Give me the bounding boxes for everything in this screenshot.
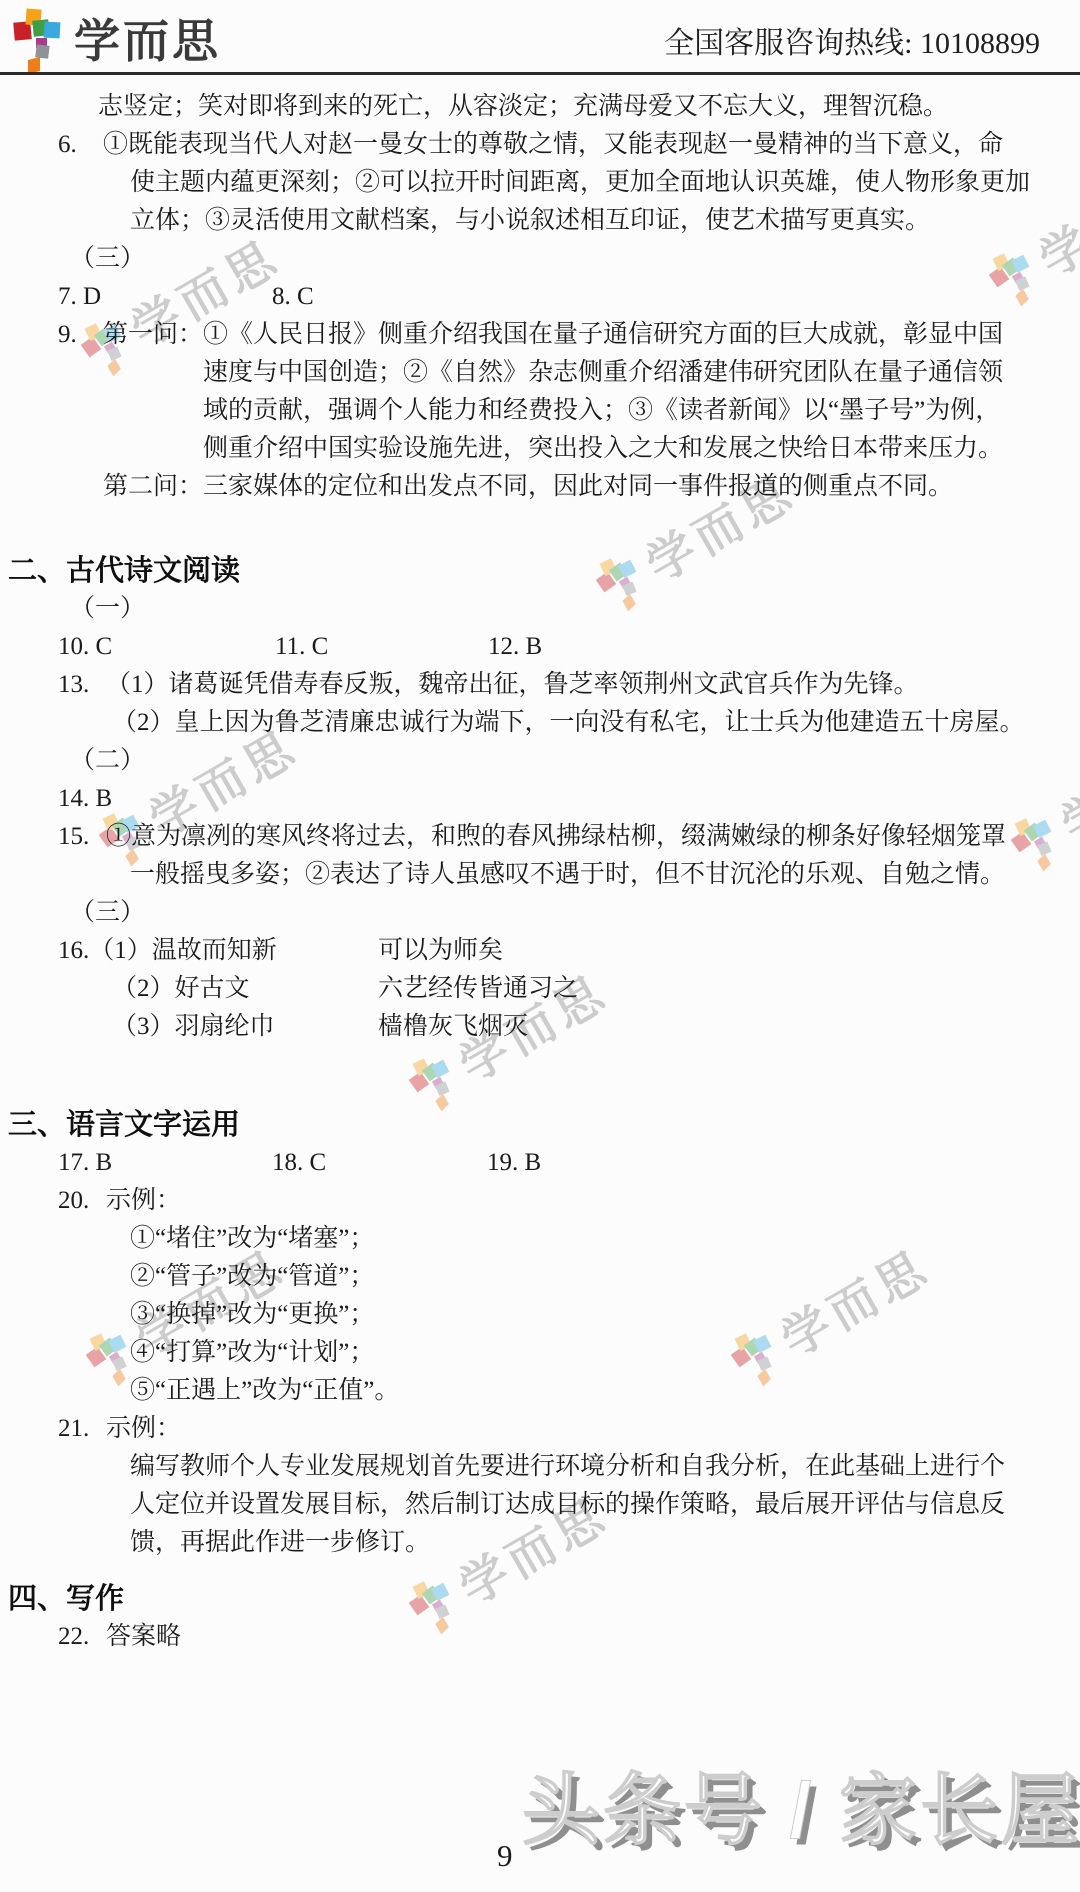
answer-line: 立体；③灵活使用文献档案，与小说叙述相互印证，使艺术描写更真实。 xyxy=(0,202,1080,240)
answer-line: 馈，再据此作进一步修订。 xyxy=(0,1524,1080,1562)
answer-line: 13.（1）诸葛诞凭借寿春反叛，魏帝出征，鲁芝率领荆州文武官兵作为先锋。 xyxy=(0,666,1080,704)
answer-text: ⑤“正遇上”改为“正值”。 xyxy=(130,1372,399,1410)
answer-text: （三） xyxy=(70,894,145,932)
answer-line: （三） xyxy=(0,894,1080,932)
footer-watermark: 头条号 / 家长屋 xyxy=(522,1768,1080,1854)
answer-text: 8. C xyxy=(272,278,314,316)
answer-line: 速度与中国创造；②《自然》杂志侧重介绍潘建伟研究团队在量子通信领 xyxy=(0,354,1080,392)
answer-text: （1）诸葛诞凭借寿春反叛，魏帝出征，鲁芝率领荆州文武官兵作为先锋。 xyxy=(106,666,919,704)
answer-text: ①意为凛冽的寒风终将过去，和煦的春风拂绿枯柳，缀满嫩绿的柳条好像轻烟笼罩 xyxy=(106,818,1006,856)
answer-text: （二） xyxy=(70,742,145,780)
answer-line: （3）羽扇纶巾樯橹灰飞烟灭 xyxy=(0,1008,1080,1046)
answer-text: 22. xyxy=(58,1618,106,1656)
answer-text: 7. D xyxy=(58,278,272,316)
page-number: 9 xyxy=(497,1838,513,1874)
answer-text: 速度与中国创造；②《自然》杂志侧重介绍潘建伟研究团队在量子通信领 xyxy=(203,354,1003,392)
answer-text: 可以为师矣 xyxy=(378,932,503,970)
answer-text: ④“打算”改为“计划”； xyxy=(130,1334,374,1372)
answer-text: 人定位并设置发展目标，然后制订达成目标的操作策略，最后展开评估与信息反 xyxy=(130,1486,1005,1524)
header-divider xyxy=(0,72,1080,75)
answer-text: ①“堵住”改为“堵塞”； xyxy=(130,1220,374,1258)
answer-text: 19. B xyxy=(487,1144,541,1182)
answer-line: 侧重介绍中国实验设施先进，突出投入之大和发展之快给日本带来压力。 xyxy=(0,430,1080,468)
answer-line: ①“堵住”改为“堵塞”； xyxy=(0,1220,1080,1258)
answer-text: 18. C xyxy=(272,1144,487,1182)
answer-text: 6. xyxy=(58,126,103,164)
answer-text: 使主题内蕴更深刻；②可以拉开时间距离，更加全面地认识英雄，使人物形象更加 xyxy=(130,164,1030,202)
answer-line: 17. B18. C19. B xyxy=(0,1144,1080,1182)
answer-line: 22.答案略 xyxy=(0,1618,1080,1656)
hotline-text: 全国客服咨询热线: 10108899 xyxy=(664,18,1040,62)
answer-line: （二） xyxy=(0,742,1080,780)
answer-text: 示例： xyxy=(106,1182,181,1220)
answer-text: （一） xyxy=(70,590,145,628)
answer-line: 21.示例： xyxy=(0,1410,1080,1448)
answer-text: 示例： xyxy=(106,1410,181,1448)
answer-line: 人定位并设置发展目标，然后制订达成目标的操作策略，最后展开评估与信息反 xyxy=(0,1486,1080,1524)
answer-text: 四、写作 xyxy=(8,1580,124,1618)
answer-line: 16.（1）温故而知新可以为师矣 xyxy=(0,932,1080,970)
answer-text: 志竖定；笑对即将到来的死亡，从容淡定；充满母爱又不忘大义，理智沉稳。 xyxy=(98,88,948,126)
answer-line: ⑤“正遇上”改为“正值”。 xyxy=(0,1372,1080,1410)
answer-line: 14. B xyxy=(0,780,1080,818)
answer-text: 立体；③灵活使用文献档案，与小说叙述相互印证，使艺术描写更真实。 xyxy=(130,202,930,240)
answer-line: 志竖定；笑对即将到来的死亡，从容淡定；充满母爱又不忘大义，理智沉稳。 xyxy=(0,88,1080,126)
answer-content: 志竖定；笑对即将到来的死亡，从容淡定；充满母爱又不忘大义，理智沉稳。6.①既能表… xyxy=(0,88,1080,1656)
section-heading: 三、语言文字运用 xyxy=(0,1106,1080,1144)
answer-line: 域的贡献，强调个人能力和经费投入；③《读者新闻》以“墨子号”为例， xyxy=(0,392,1080,430)
answer-line: 7. D8. C xyxy=(0,278,1080,316)
answer-text: 20. xyxy=(58,1182,106,1220)
brand-name: 学而思 xyxy=(74,10,221,72)
page-header-brand: 学而思 xyxy=(10,8,221,74)
answer-text: 二、古代诗文阅读 xyxy=(8,552,240,590)
answer-line: 第二问：三家媒体的定位和出发点不同，因此对同一事件报道的侧重点不同。 xyxy=(0,468,1080,506)
answer-line: 15.①意为凛冽的寒风终将过去，和煦的春风拂绿枯柳，缀满嫩绿的柳条好像轻烟笼罩 xyxy=(0,818,1080,856)
answer-line: 9.第一问：①《人民日报》侧重介绍我国在量子通信研究方面的巨大成就，彰显中国 xyxy=(0,316,1080,354)
answer-line: 使主题内蕴更深刻；②可以拉开时间距离，更加全面地认识英雄，使人物形象更加 xyxy=(0,164,1080,202)
answer-line: 10. C11. C12. B xyxy=(0,628,1080,666)
answer-text: （2）好古文 xyxy=(112,970,378,1008)
answer-text: 11. C xyxy=(275,628,488,666)
answer-text: 答案略 xyxy=(106,1618,181,1656)
answer-text: 编写教师个人专业发展规划首先要进行环境分析和自我分析，在此基础上进行个 xyxy=(130,1448,1005,1486)
answer-text: ①既能表现当代人对赵一曼女士的尊敬之情，又能表现赵一曼精神的当下意义，命 xyxy=(103,126,1003,164)
answer-text: 樯橹灰飞烟灭 xyxy=(378,1008,528,1046)
xueersi-logo-icon xyxy=(10,8,64,74)
answer-text: 三、语言文字运用 xyxy=(8,1106,240,1144)
answer-text: 域的贡献，强调个人能力和经费投入；③《读者新闻》以“墨子号”为例， xyxy=(203,392,1000,430)
answer-text: 第二问：三家媒体的定位和出发点不同，因此对同一事件报道的侧重点不同。 xyxy=(103,468,953,506)
scanned-answer-page: 学而思 全国客服咨询热线: 10108899 学而思 学而思 xyxy=(0,0,1080,1892)
answer-text: 六艺经传皆通习之 xyxy=(378,970,578,1008)
answer-text: 14. B xyxy=(58,780,112,818)
answer-text: 10. C xyxy=(58,628,275,666)
answer-line: 20.示例： xyxy=(0,1182,1080,1220)
answer-text: （3）羽扇纶巾 xyxy=(112,1008,378,1046)
answer-line: ②“管子”改为“管道”； xyxy=(0,1258,1080,1296)
answer-line: ④“打算”改为“计划”； xyxy=(0,1334,1080,1372)
answer-line: （三） xyxy=(0,240,1080,278)
answer-text: 9. xyxy=(58,316,103,354)
answer-text: 侧重介绍中国实验设施先进，突出投入之大和发展之快给日本带来压力。 xyxy=(203,430,1003,468)
answer-text: 一般摇曳多姿；②表达了诗人虽感叹不遇于时，但不甘沉沦的乐观、自勉之情。 xyxy=(130,856,1005,894)
answer-text: 15. xyxy=(58,818,106,856)
answer-line: 一般摇曳多姿；②表达了诗人虽感叹不遇于时，但不甘沉沦的乐观、自勉之情。 xyxy=(0,856,1080,894)
answer-line: （一） xyxy=(0,590,1080,628)
answer-text: 12. B xyxy=(488,628,542,666)
answer-text: ②“管子”改为“管道”； xyxy=(130,1258,374,1296)
answer-line: 6.①既能表现当代人对赵一曼女士的尊敬之情，又能表现赵一曼精神的当下意义，命 xyxy=(0,126,1080,164)
section-heading: 二、古代诗文阅读 xyxy=(0,552,1080,590)
answer-line: （2）好古文六艺经传皆通习之 xyxy=(0,970,1080,1008)
answer-line: （2）皇上因为鲁芝清廉忠诚行为端下，一向没有私宅，让士兵为他建造五十房屋。 xyxy=(0,704,1080,742)
section-heading: 四、写作 xyxy=(0,1580,1080,1618)
answer-text: ③“换掉”改为“更换”； xyxy=(130,1296,374,1334)
answer-text: （2）皇上因为鲁芝清廉忠诚行为端下，一向没有私宅，让士兵为他建造五十房屋。 xyxy=(112,704,1025,742)
answer-text: 第一问：①《人民日报》侧重介绍我国在量子通信研究方面的巨大成就，彰显中国 xyxy=(103,316,1003,354)
answer-text: 17. B xyxy=(58,1144,272,1182)
answer-text: （三） xyxy=(70,240,145,278)
answer-text: 16.（1）温故而知新 xyxy=(58,932,378,970)
answer-text: 馈，再据此作进一步修订。 xyxy=(130,1524,430,1562)
answer-line: ③“换掉”改为“更换”； xyxy=(0,1296,1080,1334)
answer-line: 编写教师个人专业发展规划首先要进行环境分析和自我分析，在此基础上进行个 xyxy=(0,1448,1080,1486)
answer-text: 21. xyxy=(58,1410,106,1448)
answer-text: 13. xyxy=(58,666,106,704)
